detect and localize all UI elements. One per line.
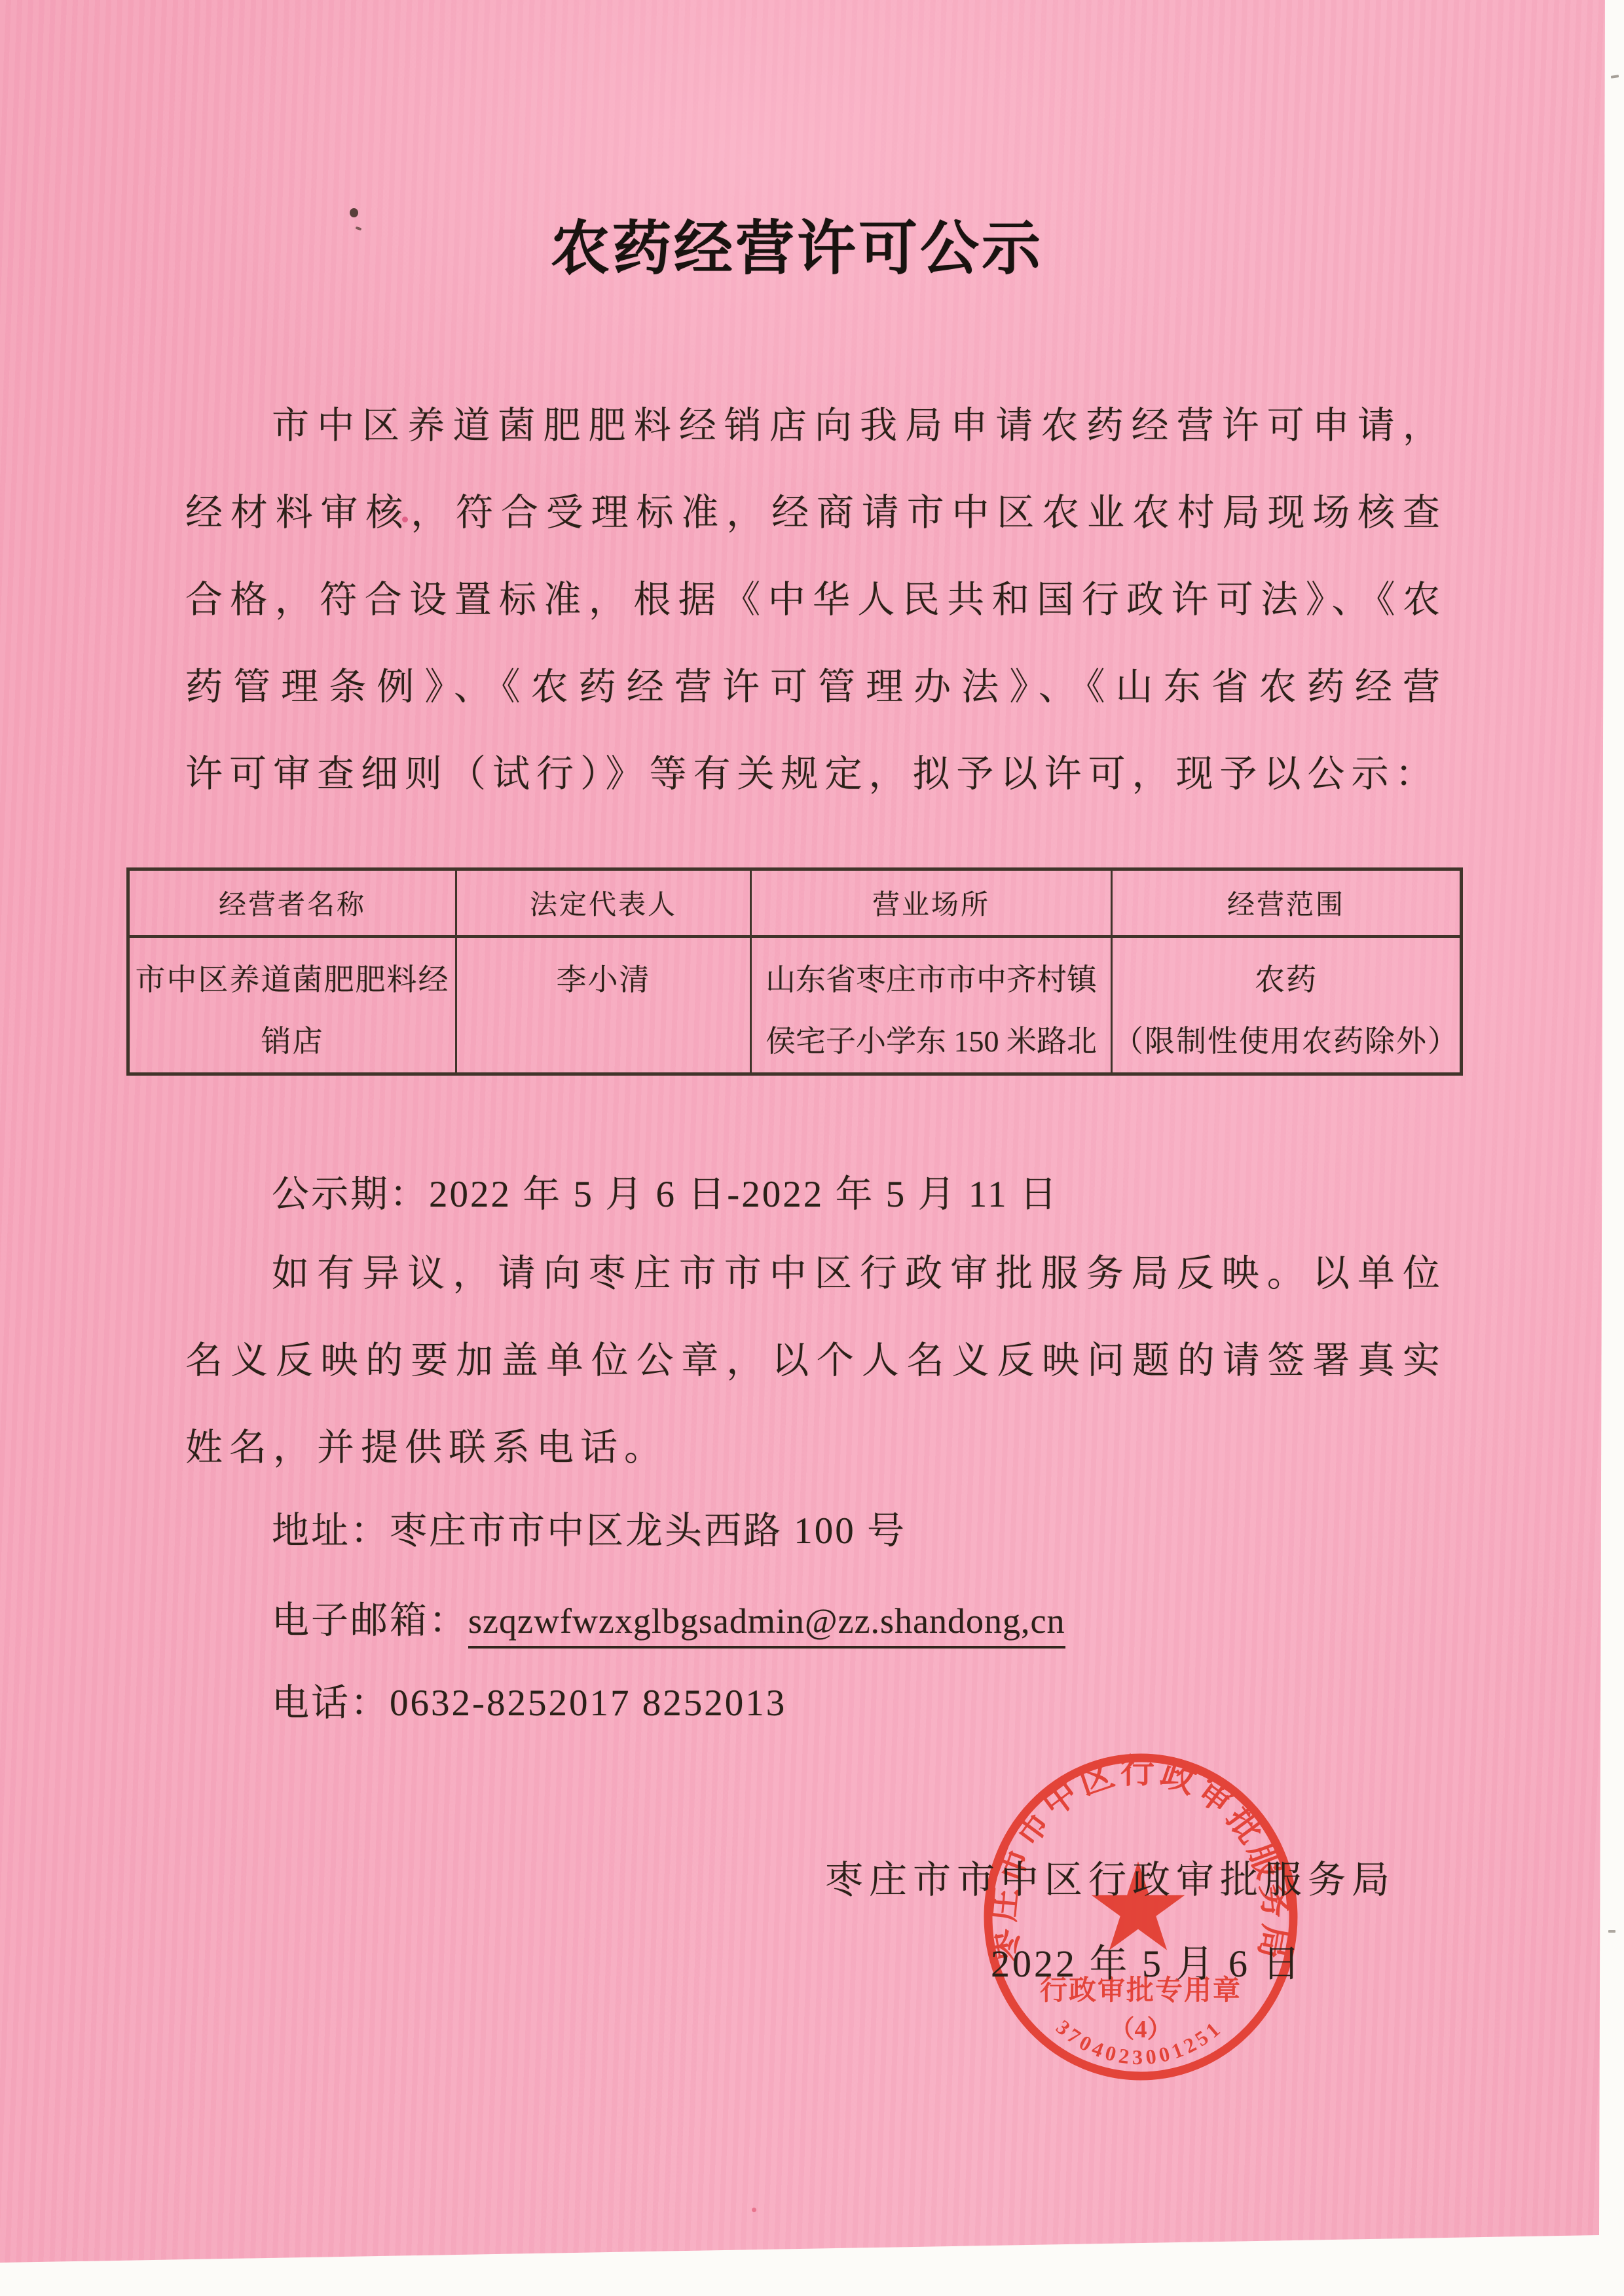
paragraph-line: 名义反映的要加盖单位公章，以个人名义反映问题的请签署真实 [185,1317,1446,1404]
objection-paragraph: 如有异议，请向枣庄市市中区行政审批服务局反映。以单位 名义反映的要加盖单位公章，… [185,1230,1446,1491]
scan-speck [1608,1930,1615,1933]
paragraph-line: 许可审查细则（试行）》等有关规定，拟予以许可，现予以公示： [185,731,1446,818]
cell-premises: 山东省枣庄市市中齐村镇 侯宅子小学东 150 米路北 [751,937,1112,1074]
cell-line: 侯宅子小学东 150 米路北 [752,1011,1111,1072]
table-header-premises: 营业场所 [751,869,1112,937]
intro-paragraph: 市中区养道菌肥肥料经销店向我局申请农药经营许可申请， 经材料审核，符合受理标准，… [185,382,1446,818]
issuer-signature: 枣庄市市中区行政审批服务局 [825,1849,1395,1904]
seal-number-label: （4） [1109,2016,1172,2043]
cell-legal-rep: 李小清 [456,937,751,1074]
issue-date: 2022 年 5 月 6 日 [991,1933,1303,1988]
page-title: 农药经营许可公示 [0,200,1606,285]
paragraph-line: 如有异议，请向枣庄市市中区行政审批服务局反映。以单位 [272,1230,1446,1317]
address-line: 地址：枣庄市市中区龙头西路 100 号 [272,1501,906,1554]
cell-line: （限制性使用农药除外） [1113,1011,1460,1072]
email-label: 电子邮箱： [272,1600,468,1641]
cell-scope: 农药 （限制性使用农药除外） [1112,937,1462,1074]
email-address: szqzwfwzxglbgsadmin@zz.shandong,cn [468,1601,1065,1649]
phone-line: 电话：0632-8252017 8252013 [272,1673,786,1726]
cell-operator-name: 市中区养道菌肥肥料经 销店 [128,937,456,1074]
paragraph-line: 合格，符合设置标准，根据《中华人民共和国行政许可法》、《农 [185,556,1446,644]
official-seal: 枣庄市市中区行政审批服务局 行政审批专用章 （4） 3704023001251 [943,1707,1336,2126]
table-header-operator: 经营者名称 [128,869,456,937]
table-header-scope: 经营范围 [1112,869,1462,937]
scan-speck [350,208,358,217]
notice-period-line: 公示期：2022 年 5 月 6 日-2022 年 5 月 11 日 [272,1164,1059,1218]
table-header-row: 经营者名称 法定代表人 营业场所 经营范围 [128,869,1462,937]
cell-line: 李小清 [457,949,750,1011]
cell-line: 市中区养道菌肥肥料经 [130,949,455,1011]
email-line: 电子邮箱：szqzwfwzxglbgsadmin@zz.shandong,cn [272,1590,1065,1644]
scan-speck [752,2208,756,2212]
cell-line: 农药 [1113,949,1460,1011]
paragraph-line: 药管理条例》、《农药经营许可管理办法》、《山东省农药经营 [185,644,1446,731]
paragraph-line: 姓名，并提供联系电话。 [185,1404,1446,1491]
cell-line: 山东省枣庄市市中齐村镇 [752,949,1111,1011]
cell-line: 销店 [130,1011,455,1072]
table-header-legal-rep: 法定代表人 [456,869,751,937]
scan-speck [402,517,408,522]
paragraph-line: 市中区养道菌肥肥料经销店向我局申请农药经营许可申请， [272,382,1446,469]
pink-paper-sheet [0,0,1624,2296]
scan-speck [1611,75,1619,79]
paragraph-line: 经材料审核，符合受理标准，经商请市中区农业农村局现场核查 [185,469,1446,556]
table-row: 市中区养道菌肥肥料经 销店 李小清 山东省枣庄市市中齐村镇 侯宅子小学东 150… [128,937,1462,1074]
license-table: 经营者名称 法定代表人 营业场所 经营范围 市中区养道菌肥肥料经 销店 李小清 … [126,867,1463,1076]
